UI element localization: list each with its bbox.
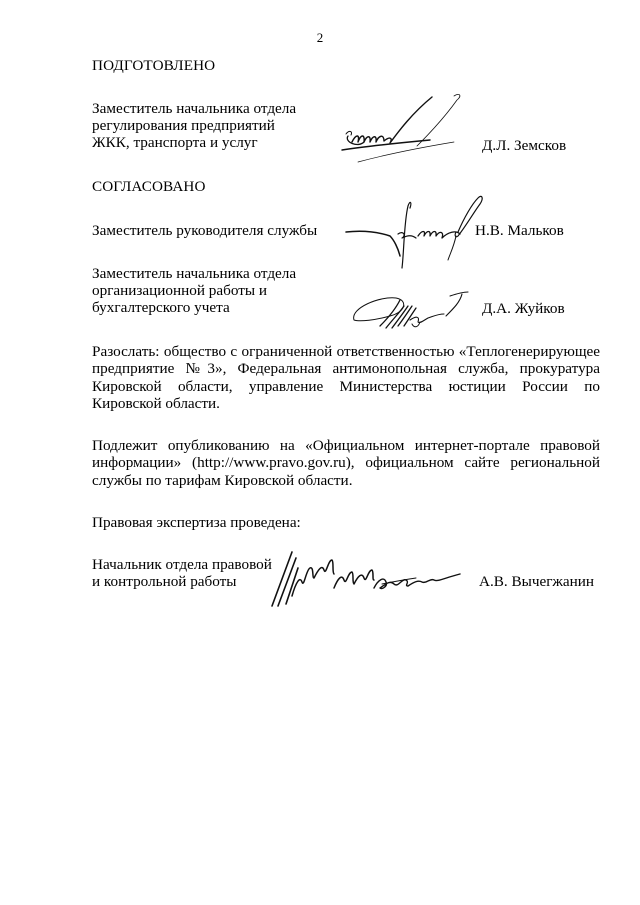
position-line: организационной работы и	[92, 282, 296, 299]
agreed-position-1: Заместитель руководителя службы	[92, 222, 317, 239]
text-line: Кировской области.	[92, 395, 600, 412]
legal-review-name: А.В. Вычегжанин	[479, 573, 594, 591]
position-line: Заместитель начальника отдела	[92, 100, 296, 117]
text-line: предприятие №3», Федеральная антимонопол…	[92, 360, 600, 377]
position-line: ЖКК, транспорта и услуг	[92, 134, 296, 151]
position-line: регулирования предприятий	[92, 117, 296, 134]
prepared-position: Заместитель начальника отдела регулирова…	[92, 100, 296, 151]
text-line: Разослать: общество с ограниченной ответ…	[92, 343, 600, 360]
agreed-position-2: Заместитель начальника отдела организаци…	[92, 265, 296, 316]
agreed-name-2: Д.А. Жуйков	[482, 300, 565, 318]
position-line: и контрольной работы	[92, 573, 272, 590]
legal-review-position: Начальник отдела правовой и контрольной …	[92, 556, 272, 590]
text-line: Кировской области, управление Министерст…	[92, 378, 600, 395]
distribution-paragraph: Разослать: общество с ограниченной ответ…	[92, 343, 600, 412]
signature-zemskov-icon	[338, 90, 488, 165]
text-line: Подлежит опубликованию на «Официальном и…	[92, 437, 600, 454]
position-line: бухгалтерского учета	[92, 299, 296, 316]
prepared-heading: ПОДГОТОВЛЕНО	[92, 57, 215, 74]
page-number: 2	[0, 30, 640, 46]
agreed-name-1: Н.В. Мальков	[475, 222, 564, 240]
agreed-heading: СОГЛАСОВАНО	[92, 178, 206, 195]
text-line: службы по тарифам Кировской области.	[92, 472, 600, 489]
signature-zhuykov-icon	[350, 286, 480, 334]
prepared-name: Д.Л. Земсков	[482, 137, 566, 155]
position-line: Заместитель начальника отдела	[92, 265, 296, 282]
signature-vychegzhanin-icon	[262, 548, 472, 610]
text-line: информации» (http://www.pravo.gov.ru), о…	[92, 454, 600, 471]
signature-malkov-icon	[344, 192, 484, 272]
position-line: Заместитель руководителя службы	[92, 222, 317, 239]
publication-paragraph: Подлежит опубликованию на «Официальном и…	[92, 437, 600, 489]
legal-review-statement: Правовая экспертиза проведена:	[92, 514, 301, 531]
position-line: Начальник отдела правовой	[92, 556, 272, 573]
